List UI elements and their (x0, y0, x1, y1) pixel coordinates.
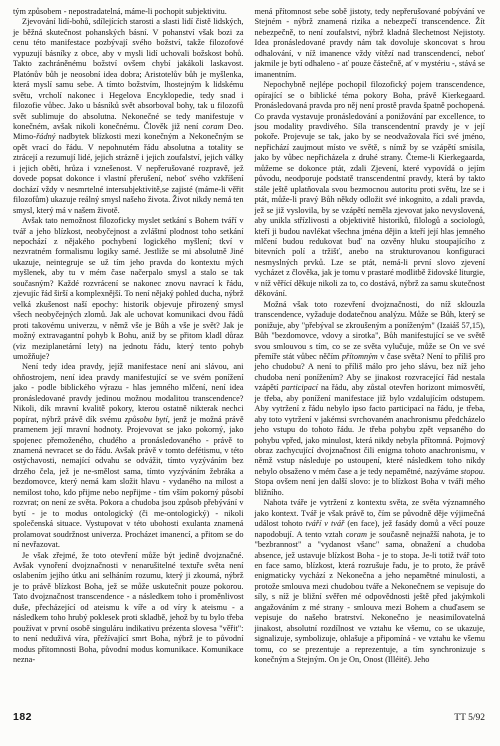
text-run: na řádu, aby zůstal otevřen horizont mim… (255, 383, 486, 476)
page-number: 182 (13, 711, 32, 723)
paragraph: Zjevování lidí-bohů, sdílejících starost… (13, 17, 244, 216)
text-run: Je však zřejmé, že toto otevření může bý… (13, 551, 244, 665)
italic-text-run: coram (202, 122, 223, 131)
paragraph: tým způsobem - nepostradatelná, máme-li … (13, 7, 244, 17)
text-run: Nepochybně nejlépe pochopil filozofický … (255, 80, 486, 298)
column-left: tým způsobem - nepostradatelná, máme-li … (13, 7, 244, 666)
paragraph: Je však zřejmé, že toto otevření může bý… (13, 551, 244, 666)
issue-label: TT 5/92 (454, 713, 485, 723)
italic-text-run: coram (346, 530, 367, 539)
text-run: Zjevování lidí-bohů, sdílejících starost… (13, 17, 244, 131)
paragraph: Nepochybně nejlépe pochopil filozofický … (255, 80, 486, 300)
italic-text-run: tváří v tvář (306, 519, 345, 528)
column-right: mená přítomnost sebe sobě jistoty, tedy … (255, 7, 486, 666)
text-run: , jenž je možná právě pramenem její mrav… (13, 415, 244, 549)
italic-text-run: přítomným (342, 352, 378, 361)
text-run: Avšak tato nemožnost filozoficky myslet … (13, 216, 244, 361)
paragraph: Není tedy idea pravdy, jejíž manifestace… (13, 362, 244, 550)
italic-text-run: způsobu bytí (125, 415, 168, 424)
text-run: je současně nejnažší nahota, je to "bezb… (255, 530, 486, 664)
text-run: nadbytek blízkosti mezi konečným a Nekon… (13, 132, 244, 214)
text-columns: tým způsobem - nepostradatelná, máme-li … (13, 7, 485, 666)
paragraph: Možná však toto rozevření dvojznačnosti,… (255, 300, 486, 499)
paragraph: mená přítomnost sebe sobě jistoty, tedy … (255, 7, 486, 80)
italic-text-run: řádný (36, 132, 55, 141)
text-run: tým způsobem - nepostradatelná, máme-li … (13, 7, 227, 16)
italic-text-run: stopou (461, 467, 483, 476)
page-footer: 182 TT 5/92 (13, 711, 485, 723)
paragraph: Nahota tváře je vytržení z kontextu svět… (255, 498, 486, 665)
text-run: mená přítomnost sebe sobě jistoty, tedy … (255, 7, 486, 79)
paragraph: Avšak tato nemožnost filozoficky myslet … (13, 216, 244, 362)
journal-page: tým způsobem - nepostradatelná, máme-li … (0, 0, 500, 746)
italic-text-run: participací (282, 383, 318, 392)
